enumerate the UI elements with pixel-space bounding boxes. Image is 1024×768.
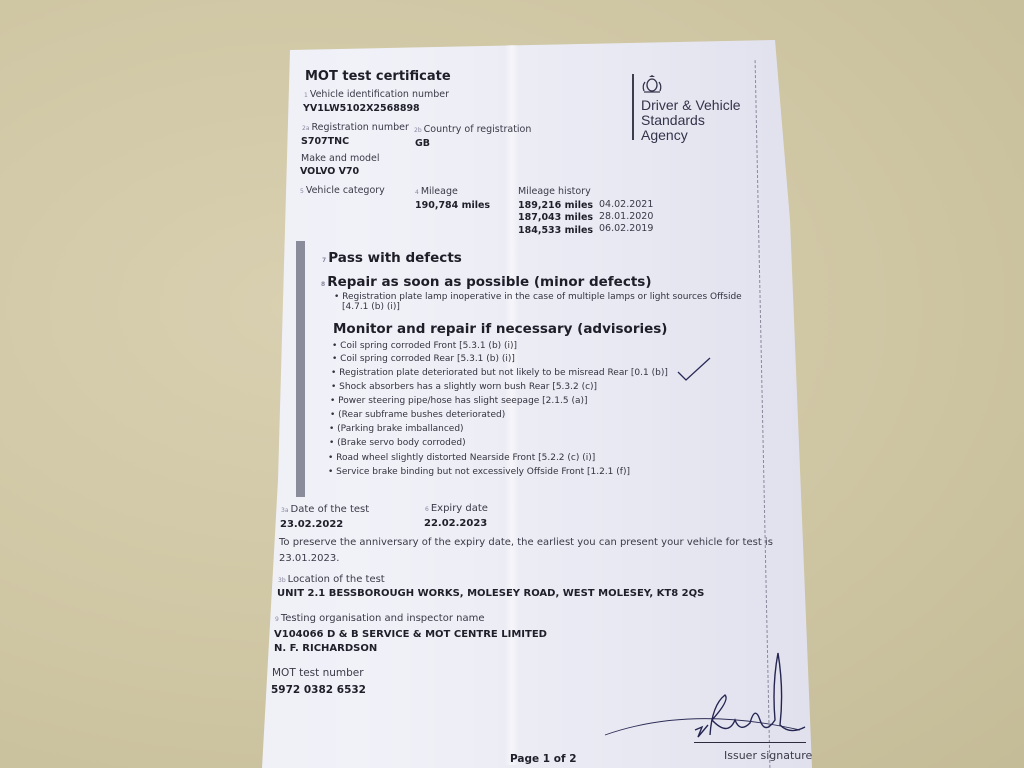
mileage-history-date-1: 04.02.2021 — [599, 199, 653, 210]
advisory-item: • (Parking brake imballanced) — [329, 424, 464, 434]
document-title: MOT test certificate — [305, 69, 451, 84]
mileage-history-date-2: 28.01.2020 — [599, 211, 653, 222]
vin-label: 1Vehicle identification number — [304, 89, 449, 100]
agency-divider — [632, 74, 634, 140]
organisation-value: V104066 D & B SERVICE & MOT CENTRE LIMIT… — [274, 629, 547, 640]
advisory-item: • Road wheel slightly distorted Nearside… — [328, 453, 595, 463]
royal-crest-icon — [640, 74, 664, 94]
vin-value: YV1LW5102X2568898 — [303, 103, 420, 114]
make-model-value: VOLVO V70 — [300, 166, 359, 177]
result-section-bar — [296, 241, 305, 497]
country-label: 2bCountry of registration — [414, 124, 531, 135]
advisory-item: • Power steering pipe/hose has slight se… — [330, 396, 588, 406]
organisation-label: 9Testing organisation and inspector name — [275, 613, 485, 624]
mileage-value: 190,784 miles — [415, 200, 490, 211]
expiry-date-value: 22.02.2023 — [424, 518, 487, 529]
agency-name-line-2: Standards — [641, 113, 705, 128]
signature-label: Issuer signature — [724, 749, 812, 762]
advisory-item: • (Brake servo body corroded) — [329, 438, 466, 448]
advisories-heading: Monitor and repair if necessary (advisor… — [333, 321, 667, 337]
test-result: 7Pass with defects — [322, 250, 462, 266]
advisory-item: • Shock absorbers has a slightly worn bu… — [331, 382, 597, 392]
advisory-item: • Coil spring corroded Rear [5.3.1 (b) (… — [332, 354, 515, 364]
agency-name-line-1: Driver & Vehicle — [641, 98, 741, 113]
signature-line — [694, 742, 806, 743]
anniversary-note-line-1: To preserve the anniversary of the expir… — [279, 537, 773, 548]
country-value: GB — [415, 138, 430, 149]
location-label: 3bLocation of the test — [278, 574, 385, 585]
minor-defects-heading: 8Repair as soon as possible (minor defec… — [321, 274, 651, 290]
registration-label: 2aRegistration number — [302, 122, 409, 133]
advisory-item: • Registration plate deteriorated but no… — [331, 368, 668, 378]
location-value: UNIT 2.1 BESSBOROUGH WORKS, MOLESEY ROAD… — [277, 588, 704, 599]
agency-name-line-3: Agency — [641, 128, 688, 143]
vehicle-category-label: 5Vehicle category — [300, 185, 385, 196]
mileage-history-miles-2: 187,043 miles — [518, 212, 593, 223]
inspector-name: N. F. RICHARDSON — [274, 643, 377, 654]
handwritten-checkmark-icon — [676, 356, 712, 382]
test-number-value: 5972 0382 6532 — [271, 684, 366, 696]
page-indicator: Page 1 of 2 — [510, 753, 577, 765]
advisory-item: • Coil spring corroded Front [5.3.1 (b) … — [332, 341, 517, 351]
advisory-item: • (Rear subframe bushes deteriorated) — [330, 410, 505, 420]
mileage-history-miles-1: 189,216 miles — [518, 200, 593, 211]
expiry-date-label: 6Expiry date — [425, 503, 488, 514]
minor-defect-item: • Registration plate lamp inoperative in… — [334, 292, 742, 302]
advisory-item: • Service brake binding but not excessiv… — [328, 467, 630, 477]
test-date-label: 3aDate of the test — [281, 504, 369, 515]
test-number-label: MOT test number — [272, 667, 364, 679]
issuer-signature-icon — [600, 645, 815, 745]
mileage-history-date-3: 06.02.2019 — [599, 223, 653, 234]
anniversary-note-line-2: 23.01.2023. — [279, 553, 339, 564]
minor-defect-item-reference: [4.7.1 (b) (i)] — [342, 302, 400, 312]
test-date-value: 23.02.2022 — [280, 519, 343, 530]
make-model-label: Make and model — [301, 153, 380, 164]
mileage-label: 4Mileage — [415, 186, 458, 197]
mileage-history-miles-3: 184,533 miles — [518, 225, 593, 236]
mileage-history-label: Mileage history — [518, 186, 591, 197]
registration-value: S707TNC — [301, 136, 349, 147]
